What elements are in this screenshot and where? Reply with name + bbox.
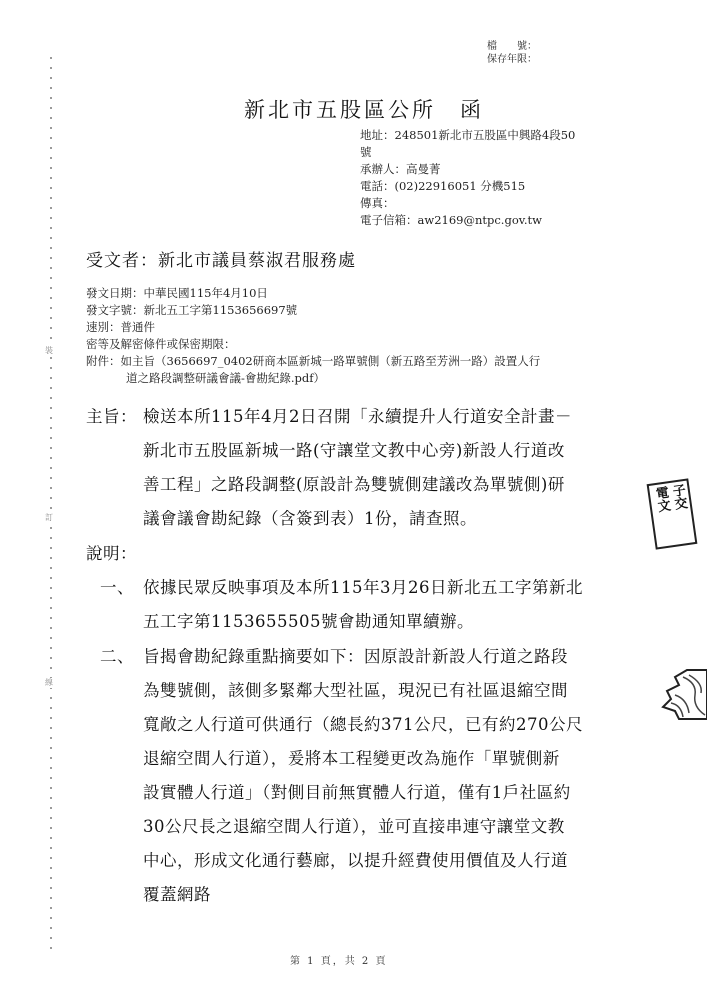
subject-line: 檢送本所115年4月2日召開「永續提升人行道安全計畫－ [143,400,572,435]
subject-label: 主旨： [86,400,137,435]
page-number: 第 1 頁，共 2 頁 [290,952,387,967]
electronic-delivery-stamp: 子交 電文 [647,478,698,549]
item-number-2: 二、 [100,640,134,675]
binding-mark-line: 線 [45,678,53,688]
item-line: 設實體人行道」（對側目前無實體人行道，僅有1戶社區約 [143,776,571,811]
issue-date: 發文日期：中華民國115年4月10日 [86,285,268,303]
delivery-speed: 速別：普通件 [86,319,155,337]
item-line: 覆蓋網路 [143,878,211,913]
binding-mark-bind: 裝 [45,346,53,356]
document-title: 新北市五股區公所 函 [244,94,484,124]
retention-period-label: 保存年限： [487,53,537,66]
address-line-2: 號 [360,144,372,162]
item-line: 中心，形成文化通行藝廊，以提升經費使用價值及人行道 [143,844,568,879]
item-number-1: 一、 [100,571,134,606]
item-line: 寬敞之人行道可供通行（總長約371公尺，已有約270公尺 [143,708,583,743]
email: 電子信箱：aw2169@ntpc.gov.tw [360,212,542,230]
subject-line: 議會議會勘紀錄（含簽到表）1份，請查照。 [143,502,477,537]
item-line: 退縮空間人行道），爰將本工程變更改為施作「單號側新 [143,742,560,777]
subject-line: 新北市五股區新城一路(守讓堂文教中心旁)新設人行道改 [143,434,565,469]
item-line: 依據民眾反映事項及本所115年3月26日新北五工字第新北 [143,571,583,606]
item-line: 五工字第1153655505號會勘通知單續辦。 [143,605,474,640]
phone: 電話：(02)22916051 分機515 [360,178,525,196]
binding-mark-staple: 訂 [45,513,53,523]
file-number-label: 檔 號： [487,40,537,53]
subject-line: 善工程」之路段調整(原設計為雙號側建議改為單號側)研 [143,468,565,503]
binding-line [50,57,52,950]
fax: 傳真： [360,195,395,213]
handler: 承辦人：高曼菁 [360,161,441,179]
address-line-1: 地址：248501新北市五股區中興路4段50 [360,127,575,145]
attachment-line-1: 附件：如主旨（3656697_0402研商本區新城一路單號側（新五路至芳洲一路）… [86,353,540,371]
attachment-line-2: 道之路段調整研議會議-會勘紀錄.pdf） [126,370,325,388]
recipient: 受文者：新北市議員蔡淑君服務處 [86,246,356,271]
item-line: 旨揭會勘紀錄重點摘要如下：因原設計新設人行道之路段 [143,640,568,675]
item-line: 30公尺長之退縮空間人行道），並可直接串連守讓堂文教 [143,810,565,845]
item-line: 為雙號側，該側多緊鄰大型社區，現況已有社區退縮空間 [143,674,568,709]
seal-stamp-icon [657,665,707,720]
document-number: 發文字號：新北五工字第1153656697號 [86,302,297,320]
description-label: 說明： [86,537,137,572]
security-level: 密等及解密條件或保密期限： [86,336,236,354]
